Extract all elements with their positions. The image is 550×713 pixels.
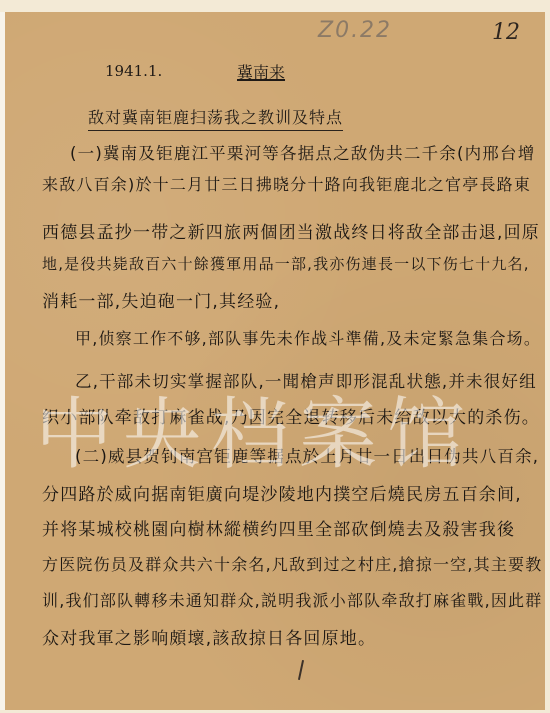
text-line: 来敌八百余)於十二月廿三日拂晓分十路向我钜鹿北之官亭長路東 — [42, 172, 531, 195]
document-date: 1941.1. — [105, 62, 162, 80]
document-heading: 敌对冀南钜鹿扫荡我之教训及特点 — [88, 105, 343, 131]
text-line: 消耗一部,失迫砲一门,其经验, — [42, 287, 280, 312]
archive-code: Z0.22 — [318, 18, 392, 43]
text-line: 地,是役共毙敌百六十餘獲軍用品一部,我亦伤連長一以下伤七十九名, — [42, 253, 530, 274]
text-line: 分四路於威向据南钜廣向堤沙陵地内撲空后燒民房五百余间, — [42, 480, 522, 505]
text-line: 乙,干部未切实掌握部队,一聞槍声即形混乱状態,并未很好组 — [75, 368, 537, 392]
document-source: 冀南来 — [237, 60, 285, 83]
text-line: 训,我们部队轉移未通知群众,説明我派小部队牵敌打麻雀戰,因此群 — [42, 588, 542, 611]
page-number: 12 — [492, 20, 520, 45]
text-line: 西德县孟抄一带之新四旅两個团当激战终日将敌全部击退,回原 — [42, 218, 540, 243]
text-line: 甲,侦察工作不够,部队事先未作战斗準備,及未定緊急集合场。 — [75, 326, 541, 349]
text-line: 众对我軍之影响頗壞,該敌掠日各回原地。 — [42, 624, 376, 649]
text-line: (一)冀南及钜鹿江平栗河等各据点之敌伪共二千余(内邢台增 — [70, 140, 535, 164]
text-line: 并将某城校桃園向樹林縱横约四里全部砍倒燒去及殺害我後 — [42, 515, 515, 540]
text-line: (二)威县贺钊南宫钜鹿等据点於上月廿一日出日伪共八百余, — [75, 443, 539, 467]
text-line: 方医院伤员及群众共六十余名,凡敌到过之村庄,搶掠一空,其主要教 — [42, 552, 542, 575]
text-line: 织小部队牵敌打麻雀战,乃因完全退转移后未给敌以大的杀伤。 — [42, 403, 540, 428]
